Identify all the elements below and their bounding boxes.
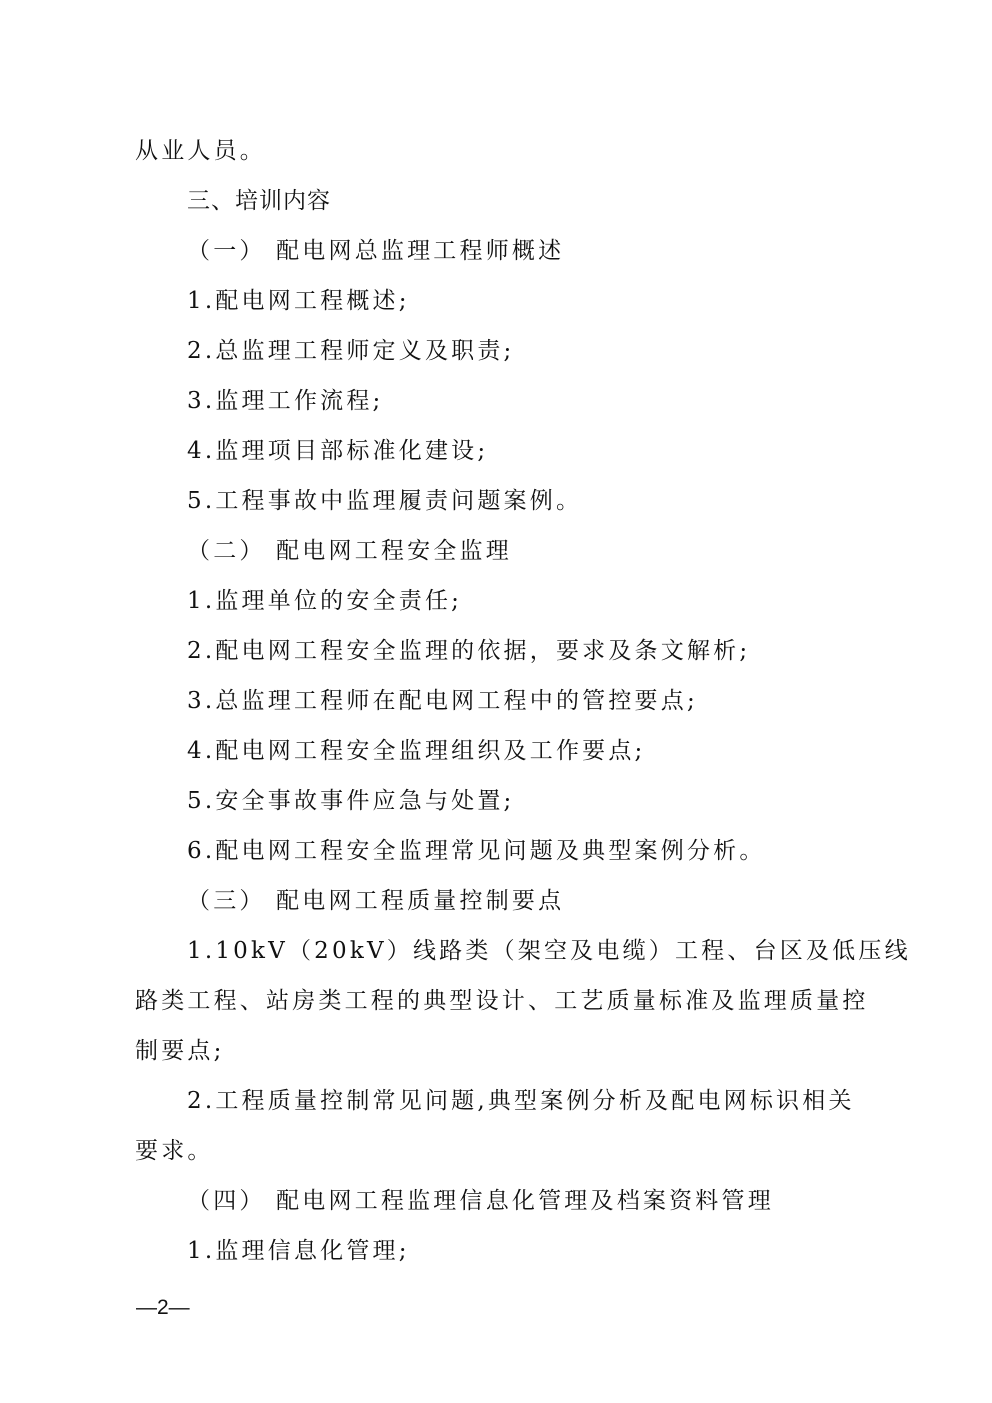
- page-number: —2—: [136, 1296, 190, 1320]
- body-text-line: 4.监理项目部标准化建设;: [187, 436, 488, 466]
- body-text-line: 4.配电网工程安全监理组织及工作要点;: [187, 736, 646, 766]
- subsection-heading: （三） 配电网工程质量控制要点: [187, 886, 564, 916]
- body-text-line: 2.配电网工程安全监理的依据，要求及条文解析;: [187, 636, 750, 666]
- body-text-line: 5.安全事故事件应急与处置;: [187, 786, 515, 816]
- body-text-line: 制要点;: [135, 1036, 225, 1066]
- body-text-line: 3.总监理工程师在配电网工程中的管控要点;: [187, 686, 698, 716]
- subsection-heading: （一） 配电网总监理工程师概述: [187, 236, 564, 266]
- body-text-line: 1.监理信息化管理;: [187, 1236, 410, 1266]
- body-text-line: 要求。: [135, 1136, 214, 1166]
- body-text-line: 6.配电网工程安全监理常见问题及典型案例分析。: [187, 836, 766, 866]
- subsection-heading: （四） 配电网工程监理信息化管理及档案资料管理: [187, 1186, 774, 1216]
- subsection-heading: （二） 配电网工程安全监理: [187, 536, 512, 566]
- body-text-line: 1.配电网工程概述;: [187, 286, 410, 316]
- body-text-line: 2.工程质量控制常见问题,典型案例分析及配电网标识相关: [187, 1086, 855, 1116]
- section-heading: 三、培训内容: [187, 186, 331, 216]
- body-text-line: 从业人员。: [135, 136, 266, 166]
- body-text-line: 1.10kV（20kV）线路类（架空及电缆）工程、台区及低压线: [187, 936, 911, 966]
- body-text-line: 1.监理单位的安全责任;: [187, 586, 462, 616]
- body-text-line: 5.工程事故中监理履责问题案例。: [187, 486, 582, 516]
- body-text-line: 3.监理工作流程;: [187, 386, 384, 416]
- body-text-line: 路类工程、站房类工程的典型设计、工艺质量标准及监理质量控: [135, 986, 869, 1016]
- body-text-line: 2.总监理工程师定义及职责;: [187, 336, 515, 366]
